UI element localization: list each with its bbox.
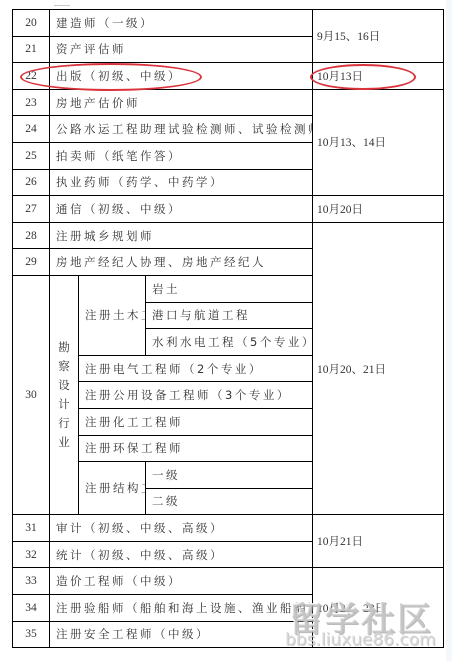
civil-specialty: 水利水电工程（5个专业） [146, 329, 313, 356]
electrical-engineer: 注册电气工程师（2个专业） [79, 355, 313, 382]
exam-name: 审计（初级、中级、高级） [50, 515, 313, 542]
chemical-engineer: 注册化工工程师 [79, 408, 313, 435]
exam-date: 10月13、14日 [313, 89, 444, 195]
structural-engineer-label: 注册结构工程师 [79, 462, 146, 515]
exam-name: 资产评估师 [50, 36, 313, 63]
row-number: 23 [13, 89, 50, 116]
exam-name: 房地产估价师 [50, 89, 313, 116]
exam-date: 9月15、16日 [313, 10, 444, 63]
table-row: 27 通信（初级、中级） 10月20日 [13, 196, 444, 223]
exam-date: 10月13日 [313, 63, 444, 90]
structural-level: 二级 [146, 488, 313, 515]
row-number: 35 [13, 621, 50, 648]
exam-date: 10月20日 [313, 196, 444, 223]
exam-name: 注册城乡规划师 [50, 222, 313, 249]
exam-date: 10月20、21日 [313, 222, 444, 515]
row-number: 29 [13, 249, 50, 276]
row-number: 22 [13, 63, 50, 90]
exam-name: 注册验船师（船舶和海上设施、渔业船舶） [50, 595, 313, 622]
environmental-engineer: 注册环保工程师 [79, 435, 313, 462]
table-row: 33 造价工程师（中级） 10月27、28日 [13, 568, 444, 595]
table-row: 20 建造师（一级） 9月15、16日 [13, 10, 444, 37]
table-row: 31 审计（初级、中级、高级） 10月21日 [13, 515, 444, 542]
utility-engineer: 注册公用设备工程师（3个专业） [79, 382, 313, 409]
table-row-highlighted: 22 出版（初级、中级） 10月13日 [13, 63, 444, 90]
structural-level: 一级 [146, 462, 313, 489]
exam-name: 出版（初级、中级） [50, 63, 313, 90]
civil-specialty: 岩土 [146, 275, 313, 302]
row-number: 30 [13, 275, 50, 514]
document-page: 20 建造师（一级） 9月15、16日 21 资产评估师 22 出版（初级、中级… [0, 0, 446, 661]
exam-name: 拍卖师（纸笔作答） [50, 142, 313, 169]
exam-schedule-table: 20 建造师（一级） 9月15、16日 21 资产评估师 22 出版（初级、中级… [12, 9, 444, 648]
row-number: 31 [13, 515, 50, 542]
civil-engineer-label: 注册土木工程师 [79, 275, 146, 355]
row-number: 27 [13, 196, 50, 223]
table-row: 28 注册城乡规划师 10月20、21日 [13, 222, 444, 249]
table-row: 23 房地产估价师 10月13、14日 [13, 89, 444, 116]
exam-name: 通信（初级、中级） [50, 196, 313, 223]
row-number: 26 [13, 169, 50, 196]
civil-specialty: 港口与航道工程 [146, 302, 313, 329]
exam-date: 10月27、28日 [313, 568, 444, 648]
row-number: 34 [13, 595, 50, 622]
exam-name: 执业药师（药学、中药学） [50, 169, 313, 196]
industry-label-text: 勘察设计行业 [57, 338, 71, 452]
page-mark [54, 5, 70, 6]
row-number: 24 [13, 116, 50, 143]
row-number: 21 [13, 36, 50, 63]
exam-name: 注册安全工程师（中级） [50, 621, 313, 648]
exam-name: 公路水运工程助理试验检测师、试验检测师 [50, 116, 313, 143]
row-number: 32 [13, 541, 50, 568]
exam-name: 建造师（一级） [50, 10, 313, 37]
exam-name: 统计（初级、中级、高级） [50, 541, 313, 568]
exam-name: 造价工程师（中级） [50, 568, 313, 595]
row-number: 25 [13, 142, 50, 169]
row-number: 20 [13, 10, 50, 37]
exam-name: 房地产经纪人协理、房地产经纪人 [50, 249, 313, 276]
exam-date: 10月21日 [313, 515, 444, 568]
industry-label: 勘察设计行业 [50, 275, 79, 514]
row-number: 28 [13, 222, 50, 249]
row-number: 33 [13, 568, 50, 595]
